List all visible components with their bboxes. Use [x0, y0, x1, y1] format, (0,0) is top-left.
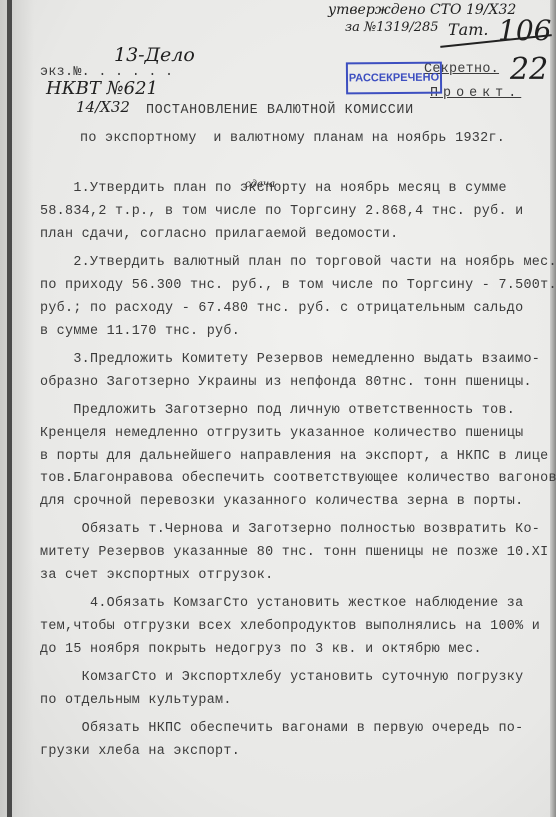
scan-edge: [550, 0, 556, 817]
body-line: 3.Предложить Комитету Резервов немедленн…: [40, 352, 540, 367]
body-line: митету Резервов указанные 80 тнс. тонн п…: [40, 545, 548, 560]
body-line: в сумме 11.170 тнс. руб.: [40, 324, 240, 339]
declassified-stamp: РАССЕКРЕЧЕНО: [346, 62, 442, 95]
handwritten-case-number: 13-Дело: [114, 44, 195, 66]
body-line: тов.Благонравова обеспечить соответствую…: [40, 471, 556, 486]
binding-edge: [7, 0, 12, 817]
body-line: в порты для дальнейшего направления на э…: [40, 449, 548, 464]
page-number-bottom: 22: [510, 52, 548, 87]
body-line: план сдачи, согласно прилагаемой ведомос…: [40, 227, 398, 242]
body-line: Кренцеля немедленно отгрузить указанное …: [40, 426, 523, 441]
draft-label: Проект.: [430, 86, 521, 101]
body-line: образно Заготзерно Украины из непфонда 8…: [40, 375, 532, 390]
approval-note-line1: утверждено СТО 19/Х32: [328, 2, 516, 18]
body-line: руб.; по расходу - 67.480 тнс. руб. с от…: [40, 301, 523, 316]
signature: Тат.: [448, 20, 488, 39]
body-line: 58.834,2 т.р., в том числе по Торгсину 2…: [40, 204, 523, 219]
approval-note-line2: за №1319/285: [345, 20, 439, 35]
body-line: 1.Утвердить план по экспорту на ноябрь м…: [40, 181, 507, 196]
body-line: КомзагСто и Экспортхлебу установить суто…: [40, 670, 523, 685]
body-line: до 15 ноября покрыть недогруз по 3 кв. и…: [40, 642, 482, 657]
handwritten-date: 14/X32: [76, 98, 130, 116]
handwritten-registry-number: НКВТ №621: [46, 78, 158, 99]
body-line: Предложить Заготзерно под личную ответст…: [40, 403, 515, 418]
body-line: по отдельным культурам.: [40, 693, 232, 708]
stamp-text: РАССЕКРЕЧЕНО: [349, 72, 439, 85]
body-line: тем,чтобы отгрузки всех хлебопродуктов в…: [40, 619, 540, 634]
body-line: 2.Утвердить валютный план по торговой ча…: [40, 255, 556, 270]
document-subtitle: по экспортному и валютному планам на ноя…: [80, 131, 505, 146]
body-line: грузки хлеба на экспорт.: [40, 744, 240, 759]
body-line: за счет экспортных отгрузок.: [40, 568, 273, 583]
page-number-top: 106: [498, 14, 551, 47]
scan-shadow: [0, 0, 34, 817]
document-title: ПОСТАНОВЛЕНИЕ ВАЛЮТНОЙ КОМИССИИ: [146, 103, 414, 118]
body-line: Обязать т.Чернова и Заготзерно полностью…: [40, 522, 540, 537]
body-line: Обязать НКПС обеспечить вагонами в перву…: [40, 721, 523, 736]
body-line: по приходу 56.300 тнс. руб., в том числе…: [40, 278, 556, 293]
body-line: 4.Обязать КомзагСто установить жесткое н…: [40, 596, 523, 611]
document-page: экз.№. . . . . . 13-Дело НКВТ №621 14/X3…: [0, 0, 556, 817]
body-line: для срочной перевозки указанного количес…: [40, 494, 523, 509]
